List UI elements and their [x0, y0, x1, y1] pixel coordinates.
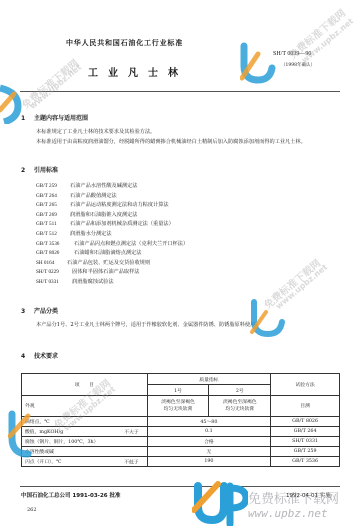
table-row: 水溶性酸或碱 无 GB/T 259 [22, 447, 340, 457]
section-3-paragraph: 本产品分1号、2号工业凡士林两个牌号，适用于作橡胶软化剂、金属器件防锈、防锈脂原… [21, 321, 339, 331]
section-1-paragraph-2: 本标准适用于由高粘度润滑油馏分，经脱蜡所得的蜡膏掺合机械油经白土精制后加入防腐蚀… [21, 138, 339, 148]
reference-item: GB/T 511石油产品和添加剂机械杂质测定法（重量法） [36, 220, 188, 230]
row-item: 滴熔点，℃ [25, 420, 50, 425]
confirmation-note: （1998年确认） [281, 62, 315, 68]
watermark-text: 免费标准下载网 [18, 55, 81, 111]
section-number: 2 [21, 167, 34, 174]
row-method: GB/T 3536 [271, 457, 340, 467]
footer-divider [20, 486, 340, 487]
reference-list: GB/T 259石油产品水溶性酸及碱测定法 GB/T 264石油产品酸值测定法 … [36, 182, 188, 288]
watermark-site-name: 免费标准下载网 [248, 488, 339, 507]
reference-item: GB/T 264石油产品酸值测定法 [36, 192, 188, 202]
issuing-organization: 中华人民共和国石油化工行业标准 [66, 38, 183, 48]
row-qualifier: 不低于 [124, 458, 138, 465]
row-method: GB/T 264 [271, 427, 340, 437]
table-row: 外观 淡褐色至深褐色 均匀无块软膏 淡褐色至深褐色 均匀无块软膏 目测 [22, 396, 340, 417]
header-grade-2: 2号 [209, 385, 271, 396]
row-value: 190 [147, 457, 271, 467]
table-header-row: 项 目 质量指标 试验方法 [22, 374, 340, 385]
row-item: 外观 [22, 396, 148, 417]
watermark-url: www.upbz.net [28, 63, 83, 111]
row-grade-2: 淡褐色至深褐色 均匀无块软膏 [209, 396, 271, 417]
section-1-heading: 1主题内容与适用范围 [21, 113, 88, 122]
header-method: 试验方法 [271, 374, 340, 396]
section-number: 1 [21, 115, 34, 122]
reference-item: GB/T 512润滑脂水分测定法 [36, 230, 188, 240]
table-row: 酸值，mgKOH/g不大于 0.1 GB/T 264 [22, 427, 340, 437]
row-value: 无 [147, 447, 271, 457]
up-logo-icon [240, 40, 280, 84]
header-quality: 质量指标 [147, 374, 271, 385]
table-row: 腐蚀（钢片、铜片，100℃，3h） 合格 SH/T 0331 [22, 437, 340, 447]
standard-code: SH/T 0039—90 [273, 51, 311, 57]
technical-requirements-table: 项 目 质量指标 试验方法 1号 2号 外观 淡褐色至深褐色 均匀无块软膏 淡褐… [21, 373, 340, 467]
reference-item: GB/T 259石油产品水溶性酸及碱测定法 [36, 182, 188, 192]
up-logo-icon [248, 298, 288, 338]
header-item: 项 目 [22, 374, 148, 396]
section-1-paragraph-1: 本标准规定了工业凡士林的技术要求及其检验方法。 [21, 128, 339, 138]
row-grade-1: 淡褐色至深褐色 均匀无块软膏 [147, 396, 209, 417]
document-title: 工业凡士林 [88, 64, 188, 79]
row-item: 水溶性酸或碱 [25, 450, 54, 455]
reference-item: GB/T 8026石油蜡和石油脂滴熔点测定法 [36, 249, 188, 259]
row-method: GB/T 259 [271, 447, 340, 457]
row-qualifier: 不大于 [124, 428, 138, 435]
reference-item: SH/T 0331润滑脂腐蚀试验法 [36, 278, 188, 288]
watermark-url: www.upbz.net [274, 263, 329, 311]
table-row: 滴熔点，℃ 45～80 GB/T 8026 [22, 417, 340, 427]
section-4-heading: 4技术要求 [21, 351, 58, 360]
row-method: GB/T 8026 [271, 417, 340, 427]
section-3-heading: 3产品分类 [21, 306, 58, 315]
row-value: 0.1 [147, 427, 271, 437]
header-grade-1: 1号 [147, 385, 209, 396]
section-title: 引用标准 [34, 167, 58, 174]
row-value: 45～80 [147, 417, 271, 427]
section-title: 产品分类 [34, 308, 58, 315]
watermark-text: 免费标准下载网 [260, 255, 323, 311]
approval-note: 中国石油化工总公司 1991-03-26 批准 [21, 491, 121, 499]
row-item: 腐蚀（钢片、铜片，100℃，3h） [25, 440, 98, 445]
header-divider [20, 91, 340, 92]
row-method: SH/T 0331 [271, 437, 340, 447]
table-row: 闪点（开口），℃不低于 190 GB/T 3536 [22, 457, 340, 467]
section-title: 主题内容与适用范围 [34, 115, 88, 122]
watermark-site-url: www.upbz.net [248, 507, 327, 520]
section-2-heading: 2引用标准 [21, 165, 58, 174]
row-item: 闪点（开口），℃ [25, 460, 62, 465]
section-number: 4 [21, 353, 34, 360]
page-number: 262 [27, 507, 37, 513]
row-item: 酸值，mgKOH/g [25, 430, 63, 435]
reference-item: GB/T 265石油产品运动粘度测定法和动力粘度计算法 [36, 201, 188, 211]
section-title: 技术要求 [34, 353, 58, 360]
reference-item: SH 0164石油产品包装、贮运及交货验收规则 [36, 259, 188, 269]
watermark-url: www.upbz.net [300, 17, 355, 65]
section-number: 3 [21, 308, 34, 315]
reference-item: GB/T 3536石油产品闪点和燃点测定法（克利夫兰开口杯法） [36, 240, 188, 250]
row-method: 目测 [271, 396, 340, 417]
row-value: 合格 [147, 437, 271, 447]
reference-item: GB/T 269润滑脂和石油脂锥入度测定法 [36, 211, 188, 221]
reference-item: SH/T 0229固体和半固体石油产品取样法 [36, 268, 188, 278]
